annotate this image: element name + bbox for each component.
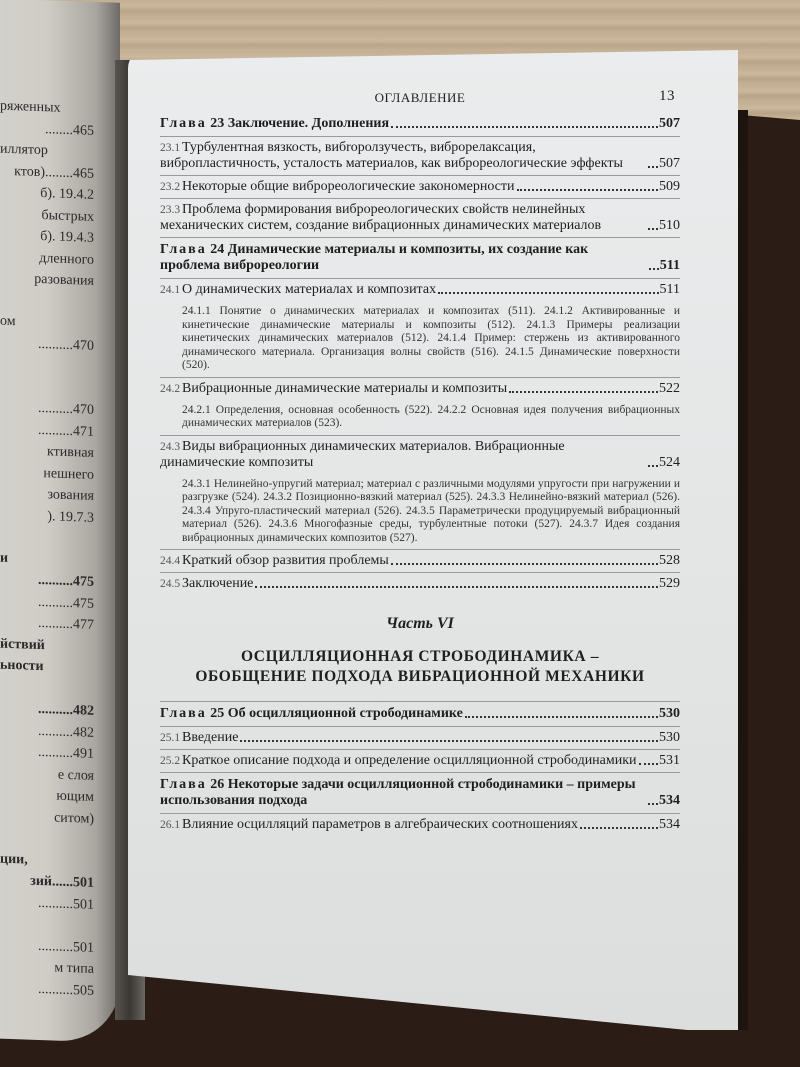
table-of-contents: ОГЛАВЛЕНИЕ 13 Глава 23 Заключение. Допол… bbox=[160, 90, 680, 836]
chapter-title: 24 Динамические материалы и композиты, и… bbox=[160, 242, 588, 273]
chapter-label: Глава bbox=[160, 706, 207, 721]
part-title: ОСЦИЛЛЯЦИОННАЯ СТРОБОДИНАМИКА – ОБОБЩЕНИ… bbox=[160, 647, 680, 701]
section-number: 23.3 bbox=[160, 202, 182, 218]
toc-chapter-23[interactable]: Глава 23 Заключение. Дополнения 507 bbox=[160, 112, 680, 136]
chapter-label: Глава bbox=[160, 242, 207, 257]
section-title: Вибрационные динамические материалы и ко… bbox=[182, 381, 507, 396]
page-edge bbox=[738, 110, 748, 1030]
toc-section-23-1[interactable]: 23.1Турбулентная вязкость, вибropолзучес… bbox=[160, 137, 680, 175]
chapter-label: Глава bbox=[160, 116, 207, 131]
page-ref: 530 bbox=[659, 730, 680, 746]
section-title: Влияние осцилляций параметров в алгебраи… bbox=[182, 817, 578, 832]
part-title-line-1: ОСЦИЛЛЯЦИОННАЯ СТРОБОДИНАМИКА – bbox=[160, 647, 680, 667]
page-ref: 510 bbox=[659, 218, 680, 234]
section-title: Краткий обзор развития проблемы bbox=[182, 553, 389, 568]
toc-subsections-24-2: 24.2.1 Определения, основная особенность… bbox=[160, 400, 680, 435]
page-ref: 511 bbox=[660, 258, 680, 274]
section-title: Краткое описание подхода и определение о… bbox=[182, 753, 637, 768]
page-ref: 507 bbox=[659, 156, 680, 172]
page-ref: 534 bbox=[659, 817, 680, 833]
toc-section-24-5[interactable]: 24.5Заключение 529 bbox=[160, 573, 680, 595]
leader-dots bbox=[391, 563, 658, 565]
chapter-label: Глава bbox=[160, 777, 207, 792]
page-ref: 524 bbox=[659, 455, 680, 471]
section-title: Турбулентная вязкость, вибropолзучесть, … bbox=[160, 140, 623, 171]
part-title-line-2: ОБОБЩЕНИЕ ПОДХОДА ВИБРАЦИОННОЙ МЕХАНИКИ bbox=[160, 667, 680, 687]
section-title: Виды вибрационных динамических материало… bbox=[160, 439, 565, 470]
section-number: 24.5 bbox=[160, 576, 182, 592]
page-ref: 511 bbox=[660, 282, 680, 298]
section-title: Заключение bbox=[182, 576, 253, 591]
leader-dots bbox=[240, 740, 658, 742]
leader-dots bbox=[648, 228, 658, 230]
toc-section-24-4[interactable]: 24.4Краткий обзор развития проблемы 528 bbox=[160, 550, 680, 572]
toc-section-26-1[interactable]: 26.1Влияние осцилляций параметров в алге… bbox=[160, 814, 680, 836]
page-ref: 509 bbox=[659, 179, 680, 195]
section-number: 24.2 bbox=[160, 381, 182, 397]
section-number: 25.1 bbox=[160, 730, 182, 746]
leader-dots bbox=[580, 827, 658, 829]
toc-section-23-3[interactable]: 23.3Проблема формирования виброреологиче… bbox=[160, 199, 680, 237]
leader-dots bbox=[391, 126, 658, 128]
leader-dots bbox=[648, 166, 658, 168]
leader-dots bbox=[649, 268, 659, 270]
page-ref: 530 bbox=[659, 706, 680, 722]
leader-dots bbox=[648, 465, 658, 467]
toc-section-24-2[interactable]: 24.2Вибрационные динамические материалы … bbox=[160, 378, 680, 400]
left-page-line: ..........505 bbox=[0, 978, 110, 1003]
page-ref: 529 bbox=[659, 576, 680, 592]
toc-section-25-2[interactable]: 25.2Краткое описание подхода и определен… bbox=[160, 750, 680, 772]
toc-section-23-2[interactable]: 23.2Некоторые общие виброреологические з… bbox=[160, 176, 680, 198]
section-number: 24.4 bbox=[160, 553, 182, 569]
leader-dots bbox=[509, 391, 658, 393]
toc-subsections-24-1: 24.1.1 Понятие о динамических материалах… bbox=[160, 301, 680, 377]
leader-dots bbox=[639, 763, 658, 765]
toc-section-25-1[interactable]: 25.1Введение 530 bbox=[160, 727, 680, 749]
left-page-text: ряженных........465илляторктов)........4… bbox=[0, 97, 110, 1004]
page-ref: 522 bbox=[659, 381, 680, 397]
section-number: 24.3 bbox=[160, 439, 182, 455]
toc-chapter-26[interactable]: Глава 26 Некоторые задачи осцилляционной… bbox=[160, 773, 680, 813]
page-ref: 528 bbox=[659, 553, 680, 569]
chapter-title: 23 Заключение. Дополнения bbox=[210, 116, 389, 131]
chapter-title: 25 Об осцилляционной стрободинамике bbox=[210, 706, 463, 721]
section-title: Введение bbox=[182, 730, 238, 745]
chapter-title: 26 Некоторые задачи осцилляционной строб… bbox=[160, 777, 636, 808]
section-number: 23.2 bbox=[160, 179, 182, 195]
section-number: 25.2 bbox=[160, 753, 182, 769]
leader-dots bbox=[465, 716, 658, 718]
section-title: Проблема формирования виброреологических… bbox=[160, 202, 601, 233]
page-ref: 507 bbox=[659, 116, 680, 132]
leader-dots bbox=[255, 586, 658, 588]
toc-subsections-24-3: 24.3.1 Нелинейно-упругий материал; матер… bbox=[160, 474, 680, 550]
leader-dots bbox=[648, 803, 658, 805]
toc-section-24-3[interactable]: 24.3Виды вибрационных динамических матер… bbox=[160, 436, 680, 474]
leader-dots bbox=[438, 292, 658, 294]
page-ref: 531 bbox=[659, 753, 680, 769]
section-number: 26.1 bbox=[160, 817, 182, 833]
toc-chapter-25[interactable]: Глава 25 Об осцилляционной стрободинамик… bbox=[160, 702, 680, 726]
section-number: 24.1 bbox=[160, 282, 182, 298]
section-title: Некоторые общие виброреологические закон… bbox=[182, 179, 515, 194]
toc-chapter-24[interactable]: Глава 24 Динамические материалы и композ… bbox=[160, 238, 680, 278]
left-page: ряженных........465илляторктов)........4… bbox=[0, 0, 120, 1043]
page-number: 13 bbox=[659, 88, 675, 105]
section-title: О динамических материалах и композитах bbox=[182, 282, 436, 297]
toc-section-24-1[interactable]: 24.1О динамических материалах и композит… bbox=[160, 279, 680, 301]
running-head-title: ОГЛАВЛЕНИЕ bbox=[375, 90, 466, 105]
page-ref: 534 bbox=[659, 793, 680, 809]
running-head: ОГЛАВЛЕНИЕ 13 bbox=[160, 90, 680, 112]
section-number: 23.1 bbox=[160, 140, 182, 156]
part-label: Часть VI bbox=[160, 595, 680, 647]
leader-dots bbox=[517, 189, 659, 191]
